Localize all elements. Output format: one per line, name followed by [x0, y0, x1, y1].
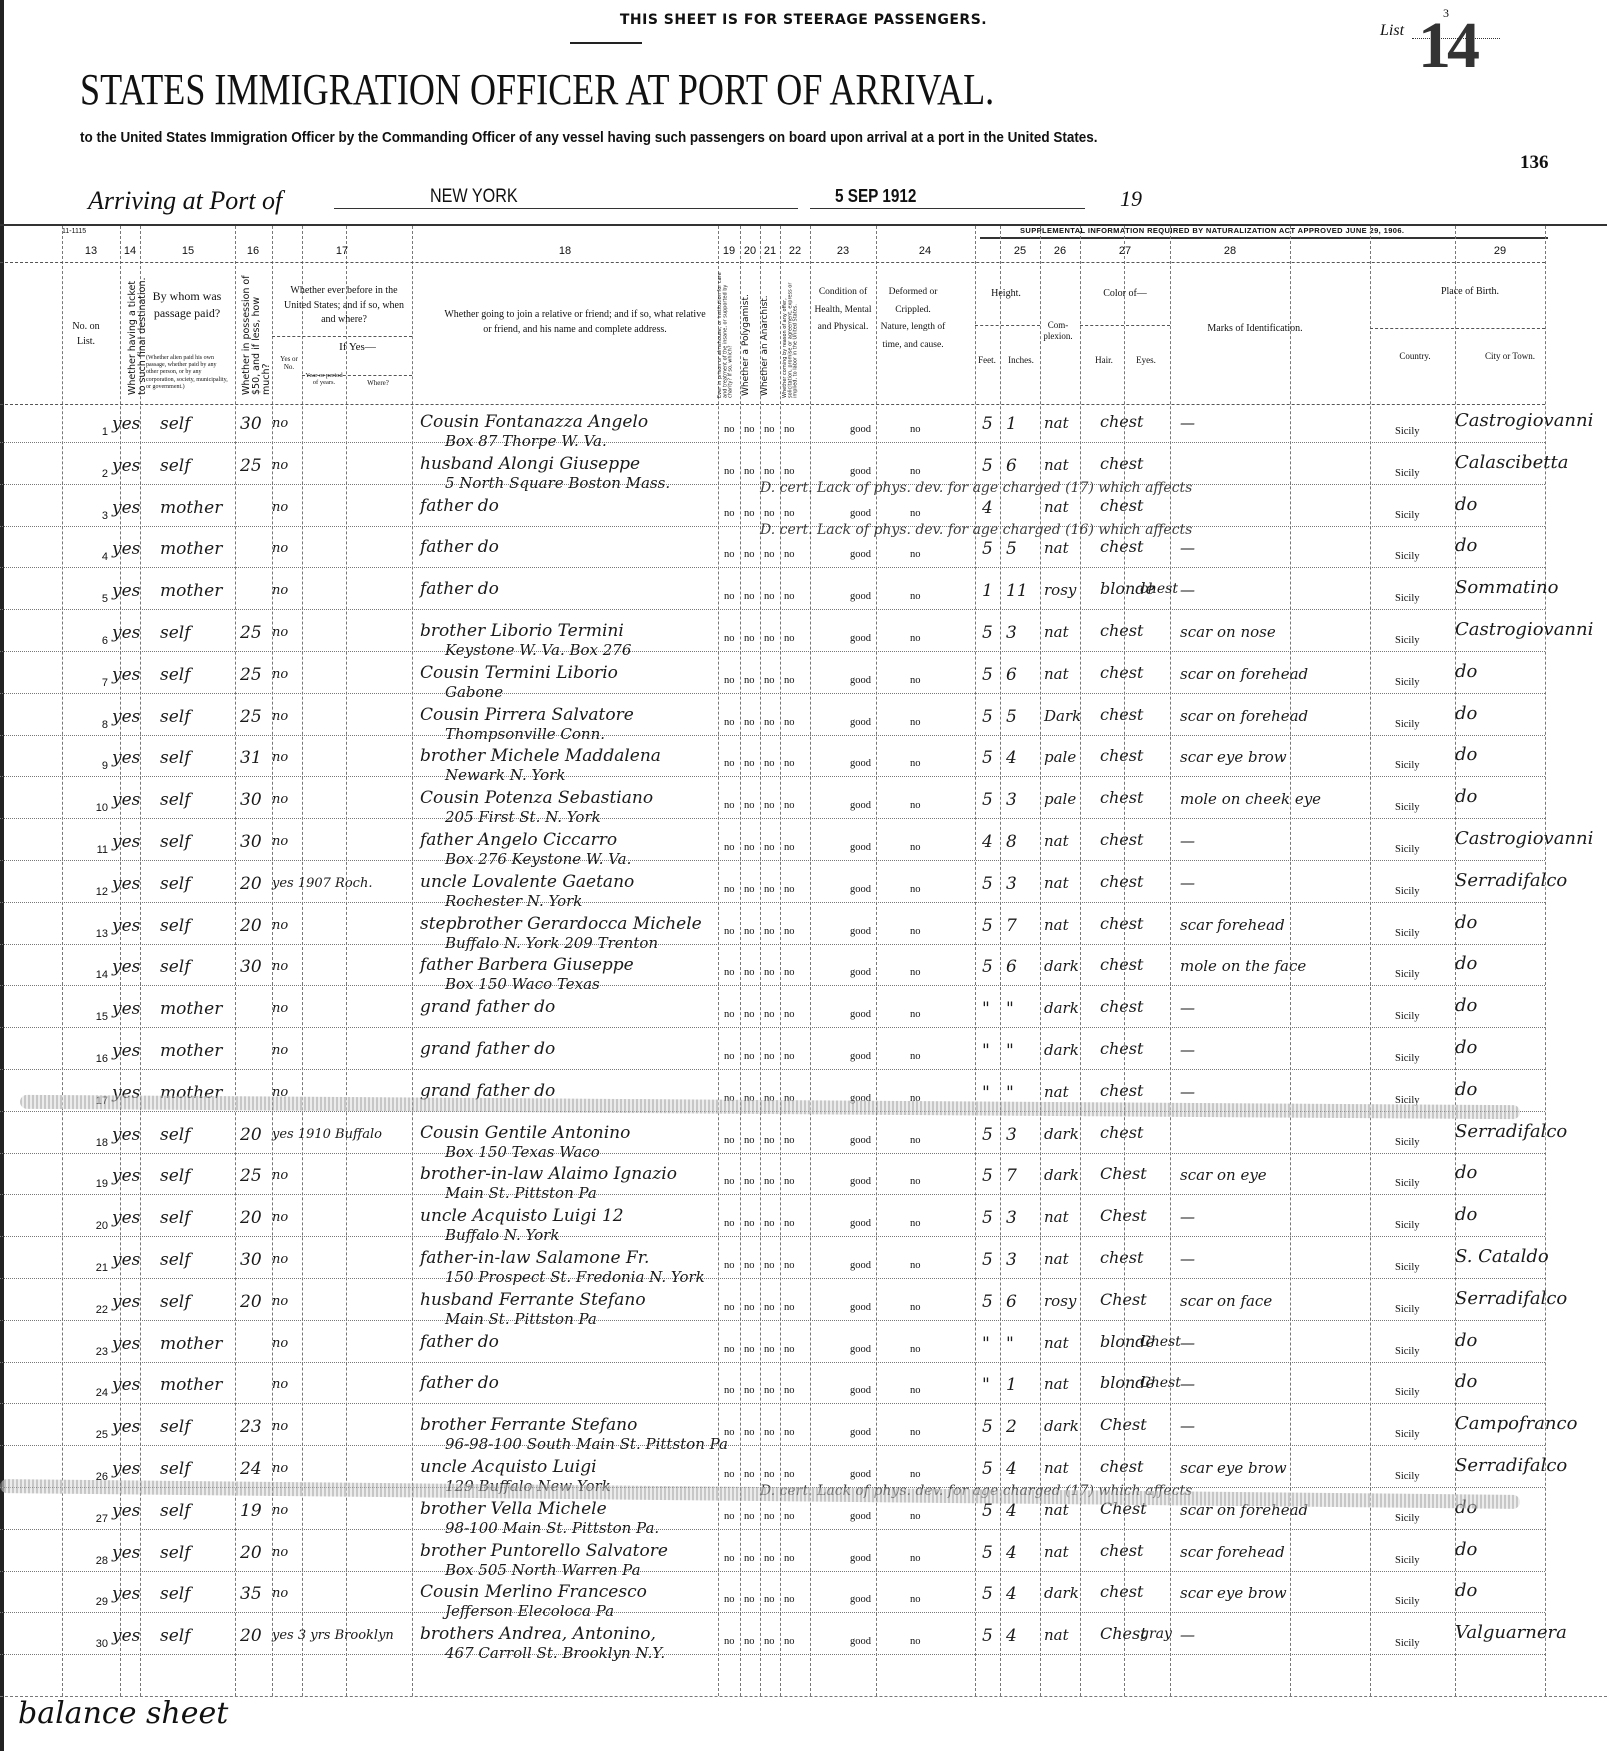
passage-paid-cell: mother — [160, 1334, 222, 1354]
row-number: 21 — [78, 1262, 108, 1274]
feet-cell: 5 — [982, 1208, 993, 1228]
polygamist-cell: no — [744, 1051, 755, 1062]
ticket-cell: yes — [112, 1334, 140, 1354]
country-cell: Sicily — [1395, 1596, 1420, 1607]
row-number: 15 — [78, 1011, 108, 1023]
row-rule — [0, 1362, 1545, 1363]
grid-rule — [975, 325, 1040, 326]
row-number: 13 — [78, 928, 108, 940]
column-number: 13 — [76, 245, 106, 257]
marks-cell: scar on nose — [1180, 623, 1276, 641]
polygamist-cell: no — [744, 1427, 755, 1438]
row-number: 23 — [78, 1346, 108, 1358]
before-in-us-cell: no — [272, 541, 288, 556]
city-cell: do — [1455, 1079, 1477, 1100]
anarchist-cell: no — [764, 1176, 775, 1187]
deformed-cell: no — [910, 884, 921, 895]
polygamist-cell: no — [744, 1594, 755, 1605]
header-if-yes: If Yes— — [305, 340, 410, 356]
relative-cell: father do — [420, 1332, 499, 1352]
feet-cell: 5 — [982, 748, 993, 768]
ticket-cell: yes — [112, 1208, 140, 1228]
grid-rule — [0, 262, 1545, 263]
passage-paid-cell: mother — [160, 539, 222, 559]
feet-cell: " — [982, 1083, 990, 1103]
header-deformed: Deformed or Crippled. Nature, length of … — [880, 284, 946, 354]
row-number: 5 — [78, 593, 108, 605]
marks-cell: scar eye brow — [1180, 1584, 1287, 1602]
deformed-cell: no — [910, 1511, 921, 1522]
polygamist-cell: no — [744, 1553, 755, 1564]
passage-paid-cell: self — [160, 414, 191, 434]
anarchist-cell: no — [764, 1511, 775, 1522]
row-rule — [0, 1320, 1545, 1321]
city-cell: do — [1455, 1580, 1477, 1601]
contract-cell: no — [784, 758, 795, 769]
complexion-cell: nat — [1044, 1375, 1069, 1393]
inches-cell: " — [1006, 1334, 1014, 1354]
complexion-cell: nat — [1044, 1334, 1069, 1352]
feet-cell: 5 — [982, 414, 993, 434]
complexion-cell: nat — [1044, 1626, 1069, 1644]
grid-line — [346, 226, 347, 1696]
hair-cell: chest — [1100, 663, 1143, 682]
relative-cell: father do — [420, 1373, 499, 1393]
ticket-cell: yes — [112, 1459, 140, 1479]
row-number: 30 — [78, 1638, 108, 1650]
ticket-cell: yes — [112, 539, 140, 559]
ticket-cell: yes — [112, 916, 140, 936]
deformed-cell: no — [910, 424, 921, 435]
complexion-cell: nat — [1044, 623, 1069, 641]
hair-cell: Chest — [1100, 1415, 1147, 1434]
city-cell: Serradifalco — [1455, 1455, 1567, 1476]
row-rule — [0, 1236, 1545, 1237]
anarchist-cell: no — [764, 1385, 775, 1396]
header-no-on-list: No. on List. — [66, 320, 106, 349]
anarchist-cell: no — [764, 1135, 775, 1146]
ticket-cell: yes — [112, 1417, 140, 1437]
row-rule — [0, 1612, 1545, 1613]
passage-paid-cell: mother — [160, 498, 222, 518]
hair-cell: chest — [1100, 830, 1143, 849]
deformed-cell: no — [910, 1553, 921, 1564]
country-cell: Sicily — [1395, 635, 1420, 646]
row-number: 11 — [78, 844, 108, 856]
money-cell: 30 — [240, 790, 262, 810]
column-number: 15 — [173, 245, 203, 257]
relative-cell: father do — [420, 496, 499, 516]
polygamist-cell: no — [744, 633, 755, 644]
passage-paid-cell: self — [160, 1125, 191, 1145]
health-cell: good — [850, 1218, 871, 1229]
contract-cell: no — [784, 466, 795, 477]
country-cell: Sicily — [1395, 1053, 1420, 1064]
deformed-cell: no — [910, 1469, 921, 1480]
money-cell: 35 — [240, 1584, 262, 1604]
header-polygamist: Whether a Polygamist. — [742, 268, 751, 396]
header-year-period: Year or period of years. — [303, 372, 345, 386]
money-cell: 20 — [240, 1125, 262, 1145]
contract-cell: no — [784, 633, 795, 644]
grid-line — [810, 226, 811, 1696]
relative-cell: brothers Andrea, Antonino, — [420, 1624, 656, 1644]
prison-cell: no — [724, 1427, 735, 1438]
anarchist-cell: no — [764, 1469, 775, 1480]
grid-line — [412, 226, 413, 1696]
deformed-cell: no — [910, 1260, 921, 1271]
hair-cell: chest — [1100, 705, 1143, 724]
health-cell: good — [850, 1594, 871, 1605]
deformed-cell: no — [910, 842, 921, 853]
deformed-cell: no — [910, 1176, 921, 1187]
row-rule — [0, 609, 1545, 610]
steerage-notice: THIS SHEET IS FOR STEERAGE PASSENGERS. — [0, 12, 1607, 28]
column-number: 23 — [828, 245, 858, 257]
hair-cell: chest — [1100, 621, 1143, 640]
row-number: 1 — [78, 426, 108, 438]
country-cell: Sicily — [1395, 1555, 1420, 1566]
hair-cell: chest — [1100, 914, 1143, 933]
row-number: 14 — [78, 969, 108, 981]
money-cell: 25 — [240, 707, 262, 727]
polygamist-cell: no — [744, 1009, 755, 1020]
feet-cell: 5 — [982, 623, 993, 643]
polygamist-cell: no — [744, 549, 755, 560]
anarchist-cell: no — [764, 549, 775, 560]
health-cell: good — [850, 1135, 871, 1146]
grid-line — [760, 226, 761, 1696]
inches-cell: 6 — [1006, 665, 1017, 685]
deformed-cell: no — [910, 466, 921, 477]
table-bottom-rule — [0, 1696, 1607, 1697]
country-cell: Sicily — [1395, 1262, 1420, 1273]
polygamist-cell: no — [744, 1302, 755, 1313]
relative-cell: father do — [420, 579, 499, 599]
complexion-cell: Dark — [1044, 707, 1081, 725]
relative-cell: brother Liborio Termini — [420, 621, 624, 641]
row-number: 20 — [78, 1220, 108, 1232]
header-hair: Hair. — [1084, 354, 1124, 367]
address-cell: Main St. Pittston Pa — [445, 1310, 597, 1328]
before-in-us-cell: no — [272, 1503, 288, 1518]
country-cell: Sicily — [1395, 1513, 1420, 1524]
header-height: Height. — [975, 287, 1037, 302]
ticket-cell: yes — [112, 1375, 140, 1395]
marks-cell: scar forehead — [1180, 916, 1285, 934]
row-number: 29 — [78, 1596, 108, 1608]
polygamist-cell: no — [744, 508, 755, 519]
row-rule — [0, 1027, 1545, 1028]
inches-cell: 11 — [1006, 581, 1028, 601]
complexion-cell: dark — [1044, 1584, 1079, 1602]
health-cell: good — [850, 424, 871, 435]
row-number: 2 — [78, 468, 108, 480]
complexion-cell: dark — [1044, 957, 1079, 975]
hair-cell: chest — [1100, 454, 1143, 473]
eyes-cell: Chest — [1140, 1334, 1181, 1350]
city-cell: Sommatino — [1455, 577, 1558, 598]
inches-cell: 4 — [1006, 1459, 1017, 1479]
anarchist-cell: no — [764, 1427, 775, 1438]
feet-cell: 5 — [982, 1584, 993, 1604]
contract-cell: no — [784, 1553, 795, 1564]
complexion-cell: pale — [1044, 748, 1076, 766]
hair-cell: chest — [1100, 955, 1143, 974]
before-in-us-cell: no — [272, 1001, 288, 1016]
health-cell: good — [850, 1302, 871, 1313]
health-cell: good — [850, 1051, 871, 1062]
page-title: STATES IMMIGRATION OFFICER AT PORT OF AR… — [80, 64, 994, 115]
page-subtitle: to the United States Immigration Officer… — [80, 130, 1098, 146]
hair-cell: chest — [1100, 1457, 1143, 1476]
inches-cell: " — [1006, 999, 1014, 1019]
health-cell: good — [850, 633, 871, 644]
polygamist-cell: no — [744, 1260, 755, 1271]
before-in-us-cell: no — [272, 583, 288, 598]
prison-cell: no — [724, 1344, 735, 1355]
deformed-cell: no — [910, 549, 921, 560]
prison-cell: no — [724, 1176, 735, 1187]
relative-cell: husband Alongi Giuseppe — [420, 454, 640, 474]
prison-cell: no — [724, 967, 735, 978]
city-cell: do — [1455, 912, 1477, 933]
hair-cell: chest — [1100, 537, 1143, 556]
feet-cell: 5 — [982, 1166, 993, 1186]
ticket-cell: yes — [112, 748, 140, 768]
hair-cell: chest — [1100, 1248, 1143, 1267]
city-cell: do — [1455, 995, 1477, 1016]
row-rule — [0, 1153, 1545, 1154]
anarchist-cell: no — [764, 758, 775, 769]
address-cell: 467 Carroll St. Brooklyn N.Y. — [445, 1644, 665, 1662]
contract-cell: no — [784, 675, 795, 686]
grid-line — [718, 226, 719, 1696]
passage-paid-cell: self — [160, 1459, 191, 1479]
deformed-cell: no — [910, 1302, 921, 1313]
row-number: 25 — [78, 1429, 108, 1441]
country-cell: Sicily — [1395, 969, 1420, 980]
country-cell: Sicily — [1395, 677, 1420, 688]
complexion-cell: nat — [1044, 1208, 1069, 1226]
ticket-cell: yes — [112, 498, 140, 518]
contract-cell: no — [784, 591, 795, 602]
passage-paid-cell: self — [160, 957, 191, 977]
before-in-us-cell: no — [272, 1210, 288, 1225]
relative-cell: Cousin Pirrera Salvatore — [420, 705, 634, 725]
row-rule — [0, 1403, 1545, 1404]
anarchist-cell: no — [764, 1594, 775, 1605]
deformed-cell: no — [910, 591, 921, 602]
prison-cell: no — [724, 1636, 735, 1647]
hair-cell: chest — [1100, 1123, 1143, 1142]
anarchist-cell: no — [764, 884, 775, 895]
medical-note: D. cert. Lack of phys. dev. for age char… — [760, 480, 1192, 496]
money-cell: 20 — [240, 1626, 262, 1646]
prison-cell: no — [724, 1135, 735, 1146]
header-where: Where? — [350, 378, 406, 388]
before-in-us-cell: yes 3 yrs Brooklyn — [272, 1628, 394, 1643]
marks-cell: mole on cheek eye — [1180, 790, 1321, 808]
row-rule — [0, 985, 1545, 986]
header-yes-or-no: Yes or No. — [278, 356, 300, 371]
marks-cell: scar on forehead — [1180, 707, 1308, 725]
grid-rule — [1370, 328, 1545, 329]
supplemental-note: SUPPLEMENTAL INFORMATION REQUIRED BY NAT… — [1020, 226, 1404, 235]
city-cell: do — [1455, 953, 1477, 974]
contract-cell: no — [784, 1511, 795, 1522]
country-cell: Sicily — [1395, 593, 1420, 604]
contract-cell: no — [784, 1051, 795, 1062]
address-cell: Keystone W. Va. Box 276 — [445, 641, 631, 659]
marks-cell: mole on the face — [1180, 957, 1306, 975]
country-cell: Sicily — [1395, 928, 1420, 939]
header-marks: Marks of Identification. — [1180, 322, 1330, 337]
passage-paid-cell: self — [160, 707, 191, 727]
country-cell: Sicily — [1395, 1178, 1420, 1189]
anarchist-cell: no — [764, 1636, 775, 1647]
inches-cell: 1 — [1006, 1375, 1017, 1395]
deformed-cell: no — [910, 1636, 921, 1647]
date-stamp: 5 SEP 1912 — [835, 186, 916, 207]
city-cell: do — [1455, 1371, 1477, 1392]
contract-cell: no — [784, 424, 795, 435]
anarchist-cell: no — [764, 1218, 775, 1229]
marks-cell: — — [1180, 414, 1195, 432]
row-rule — [0, 818, 1545, 819]
eyes-cell: gray — [1140, 1626, 1172, 1642]
contract-cell: no — [784, 800, 795, 811]
deformed-cell: no — [910, 800, 921, 811]
inches-cell: 3 — [1006, 874, 1017, 894]
medical-note: D. cert. Lack of phys. dev. for age char… — [760, 522, 1192, 538]
country-cell: Sicily — [1395, 1011, 1420, 1022]
city-cell: S. Cataldo — [1455, 1246, 1549, 1267]
passage-paid-cell: self — [160, 748, 191, 768]
passage-paid-cell: self — [160, 1166, 191, 1186]
contract-cell: no — [784, 842, 795, 853]
health-cell: good — [850, 842, 871, 853]
passage-paid-cell: self — [160, 1250, 191, 1270]
deformed-cell: no — [910, 717, 921, 728]
money-cell: 20 — [240, 1208, 262, 1228]
marks-cell: scar forehead — [1180, 1543, 1285, 1561]
country-cell: Sicily — [1395, 1638, 1420, 1649]
money-cell: 31 — [240, 748, 262, 768]
hair-cell: chest — [1100, 1541, 1143, 1560]
passage-paid-cell: self — [160, 665, 191, 685]
inches-cell: 6 — [1006, 456, 1017, 476]
inches-cell: 4 — [1006, 748, 1017, 768]
address-cell: Buffalo N. York — [445, 1226, 559, 1244]
complexion-cell: nat — [1044, 1250, 1069, 1268]
contract-cell: no — [784, 508, 795, 519]
feet-cell: " — [982, 1041, 990, 1061]
grid-line — [1040, 226, 1041, 1696]
money-cell: 24 — [240, 1459, 262, 1479]
country-cell: Sicily — [1395, 1346, 1420, 1357]
health-cell: good — [850, 1511, 871, 1522]
contract-cell: no — [784, 1009, 795, 1020]
deformed-cell: no — [910, 675, 921, 686]
eyes-cell: chest — [1140, 581, 1178, 597]
ticket-cell: yes — [112, 999, 140, 1019]
feet-cell: 5 — [982, 1250, 993, 1270]
marks-cell: scar eye brow — [1180, 748, 1287, 766]
prison-cell: no — [724, 1051, 735, 1062]
hair-cell: chest — [1100, 746, 1143, 765]
marks-cell: — — [1180, 1417, 1195, 1435]
row-rule — [0, 1529, 1545, 1530]
complexion-cell: nat — [1044, 414, 1069, 432]
row-number: 10 — [78, 802, 108, 814]
city-cell: do — [1455, 1204, 1477, 1225]
city-cell: do — [1455, 786, 1477, 807]
column-number: 25 — [1005, 245, 1035, 257]
grid-line — [235, 226, 236, 1696]
deformed-cell: no — [910, 633, 921, 644]
before-in-us-cell: no — [272, 1043, 288, 1058]
contract-cell: no — [784, 967, 795, 978]
feet-cell: 5 — [982, 1543, 993, 1563]
feet-cell: 5 — [982, 957, 993, 977]
address-cell: Box 87 Thorpe W. Va. — [445, 432, 607, 450]
anarchist-cell: no — [764, 1553, 775, 1564]
polygamist-cell: no — [744, 884, 755, 895]
relative-cell: father Angelo Ciccarro — [420, 830, 617, 850]
country-cell: Sicily — [1395, 1387, 1420, 1398]
inches-cell: 3 — [1006, 623, 1017, 643]
anarchist-cell: no — [764, 633, 775, 644]
before-in-us-cell: no — [272, 1461, 288, 1476]
inches-cell: 8 — [1006, 832, 1017, 852]
complexion-cell: nat — [1044, 456, 1069, 474]
complexion-cell: dark — [1044, 1166, 1079, 1184]
feet-cell: 1 — [982, 581, 993, 601]
marks-cell: — — [1180, 581, 1195, 599]
row-rule — [0, 1069, 1545, 1070]
health-cell: good — [850, 675, 871, 686]
feet-cell: 5 — [982, 1292, 993, 1312]
passage-paid-cell: self — [160, 623, 191, 643]
before-in-us-cell: no — [272, 1336, 288, 1351]
inches-cell: 3 — [1006, 790, 1017, 810]
grid-line — [1000, 226, 1001, 1696]
passage-paid-cell: self — [160, 456, 191, 476]
relative-cell: brother Michele Maddalena — [420, 746, 661, 766]
feet-cell: 5 — [982, 790, 993, 810]
before-in-us-cell: yes 1910 Buffalo — [272, 1127, 382, 1142]
relative-cell: father-in-law Salamone Fr. — [420, 1248, 649, 1268]
passage-paid-cell: self — [160, 1626, 191, 1646]
anarchist-cell: no — [764, 967, 775, 978]
row-rule — [0, 1654, 1545, 1655]
complexion-cell: nat — [1044, 874, 1069, 892]
row-number: 16 — [78, 1053, 108, 1065]
health-cell: good — [850, 1553, 871, 1564]
passage-paid-cell: self — [160, 874, 191, 894]
contract-cell: no — [784, 1385, 795, 1396]
country-cell: Sicily — [1395, 551, 1420, 562]
hair-cell: Chest — [1100, 1290, 1147, 1309]
polygamist-cell: no — [744, 1636, 755, 1647]
column-number: 17 — [327, 245, 357, 257]
anarchist-cell: no — [764, 1051, 775, 1062]
contract-cell: no — [784, 1302, 795, 1313]
address-cell: Main St. Pittston Pa — [445, 1184, 597, 1202]
deformed-cell: no — [910, 508, 921, 519]
ticket-cell: yes — [112, 414, 140, 434]
